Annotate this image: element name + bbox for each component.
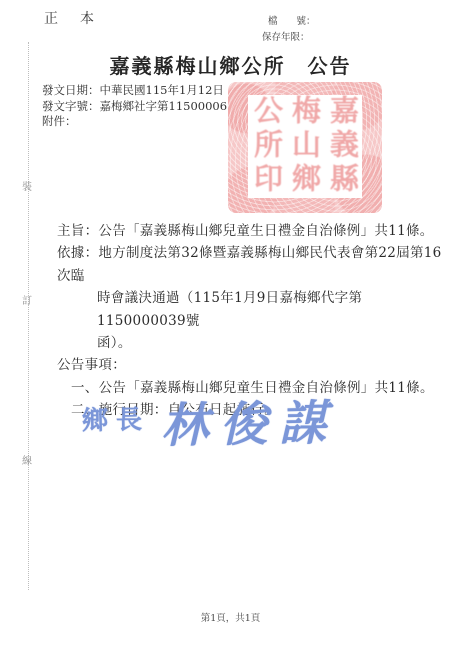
subject-line: 主旨：公告「嘉義縣梅山鄉兒童生日禮金自治條例」共11條。 <box>57 220 447 242</box>
attachment-label: 附件： <box>42 114 253 130</box>
official-seal-inner: 嘉義縣梅山鄉公所印 <box>248 95 362 198</box>
mayor-title: 鄉長 <box>82 405 151 436</box>
official-seal-stamp: 嘉義縣梅山鄉公所印 <box>228 82 382 213</box>
official-seal-text: 嘉義縣梅山鄉公所印 <box>248 95 362 198</box>
copy-type-label: 正 本 <box>44 8 98 28</box>
mayor-signature-stamp: 鄉長 林俊謀 <box>81 386 338 457</box>
document-title: 嘉義縣梅山鄉公所 公告 <box>0 50 461 79</box>
document-number: 發文字號：嘉梅鄉社字第1150000611號 <box>42 99 253 115</box>
page-number-footer: 第1頁，共1頁 <box>0 610 461 624</box>
binding-mark-xian: 線 <box>22 452 32 467</box>
retention-period-label: 保存年限： <box>262 29 310 43</box>
issuing-meta-block: 發文日期：中華民國115年1月12日 發文字號：嘉梅鄉社字第1150000611… <box>42 83 253 130</box>
mayor-name: 林俊謀 <box>161 396 339 454</box>
basis-line-3: 函）。 <box>57 332 447 354</box>
basis-line-1: 依據：地方制度法第32條暨嘉義縣梅山鄉民代表會第22屆第16次臨 <box>57 242 447 287</box>
binding-mark-zhuang: 裝 <box>22 178 32 193</box>
issue-date: 發文日期：中華民國115年1月12日 <box>42 83 253 99</box>
basis-line-2: 時會議決通過（115年1月9日嘉梅鄉代字第1150000039號 <box>57 287 447 332</box>
binding-dotted-line <box>28 42 29 590</box>
file-number-label: 檔 號： <box>268 13 316 27</box>
binding-mark-ding: 訂 <box>22 292 32 307</box>
announcement-items-heading: 公告事項： <box>57 354 447 376</box>
